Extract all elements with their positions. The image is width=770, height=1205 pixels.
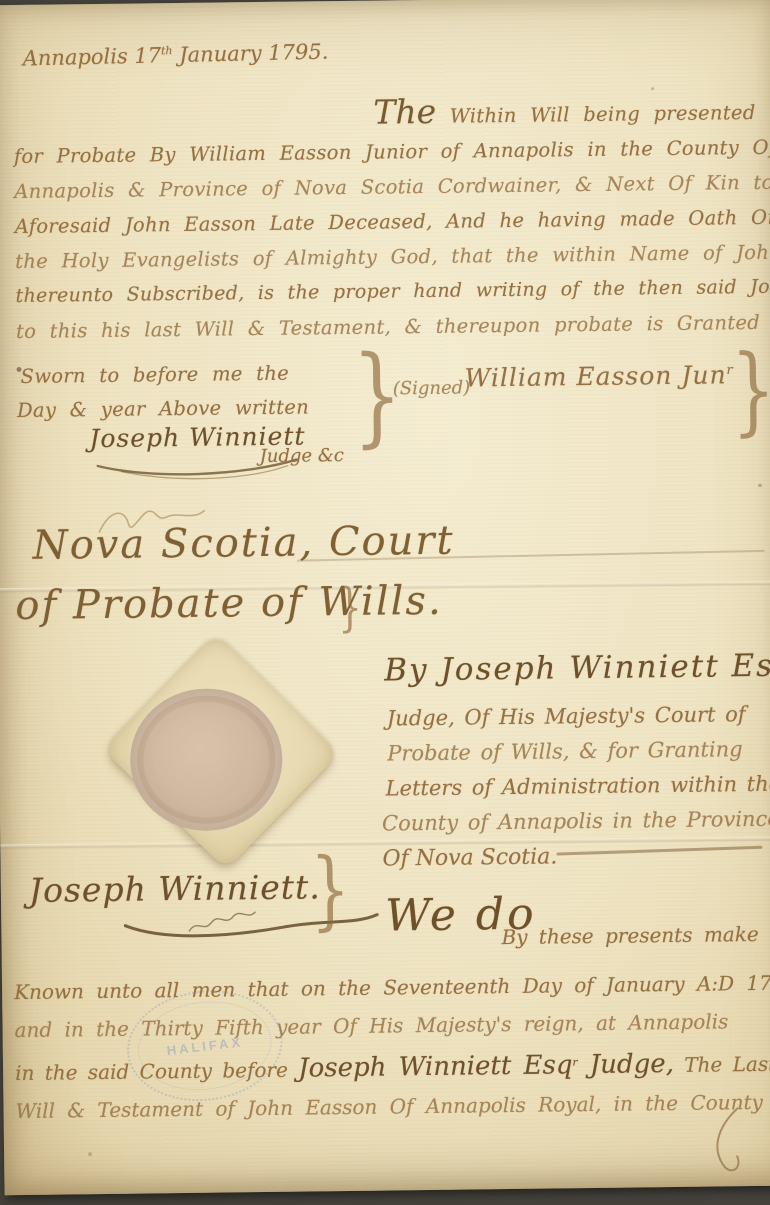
judge-signature-block: Joseph Winniett. } <box>0 0 770 5</box>
judge-signature: Joseph Winniett. <box>29 867 321 910</box>
commission-line: County of Annapolis in the Province <box>382 807 770 836</box>
judge-role: Judge &c <box>259 445 344 467</box>
commission-line: Judge, Of His Majesty's Court of <box>387 702 746 730</box>
probate-opening: The Within Will being presented <box>373 88 756 132</box>
court-heading: Nova Scotia, Court of Probate of Wills. … <box>0 0 770 5</box>
signed-label: (Signed) <box>393 377 471 399</box>
paper-speck <box>758 484 762 487</box>
attestation-line: Sworn to before me the <box>20 362 289 388</box>
attestation-line: Day & year Above written <box>17 395 309 422</box>
judge-signature-brace: } <box>310 851 350 931</box>
document-scan: HALIFAX Annapolis 17th January 1795. The… <box>0 0 770 1205</box>
scotia-tail-stroke <box>556 846 762 855</box>
paper: HALIFAX Annapolis 17th January 1795. The… <box>0 0 770 1195</box>
signature-brace: } <box>731 346 770 435</box>
court-heading-line: Nova Scotia, Court <box>32 518 454 569</box>
probate-line: the Holy Evangelists of Almighty God, th… <box>15 240 770 273</box>
paper-speck <box>88 1152 92 1156</box>
proclamation-line: Will & Testament of John Easson Of Annap… <box>15 1090 763 1123</box>
probate-line: for Probate By William Easson Junior of … <box>14 136 770 168</box>
proclamation-block: We do By these presents make Known unto … <box>0 0 770 5</box>
attestation-block: Sworn to before me the Day & year Above … <box>0 0 770 5</box>
signed-block: (Signed) William Easson Junr } <box>0 0 770 5</box>
proclamation-opening-rest: By these presents make <box>501 922 759 949</box>
commission-line: Letters of Administration within the <box>386 772 770 801</box>
probate-line: thereunto Subscribed, is the proper hand… <box>15 274 770 307</box>
commission-line: Probate of Wills, & for Granting <box>387 737 743 765</box>
proclamation-line: and in the Thirty Fifth year Of His Maje… <box>14 1009 728 1042</box>
testator-signature: William Easson Junr <box>464 360 732 392</box>
probate-line: Aforesaid John Easson Late Deceased, And… <box>15 206 770 238</box>
probate-paragraph: The Within Will being presented for Prob… <box>0 0 770 5</box>
probate-line: Annapolis & Province of Nova Scotia Cord… <box>14 170 770 203</box>
commission-line: Of Nova Scotia. <box>382 844 557 871</box>
dateline: Annapolis 17th January 1795. <box>22 40 328 71</box>
commission-block: By Joseph Winniett Esqr Judge, Of His Ma… <box>0 0 770 5</box>
proclamation-line: Known unto all men that on the Seventeen… <box>14 970 770 1004</box>
court-heading-line: of Probate of Wills. <box>15 578 443 629</box>
commission-by-line: By Joseph Winniett Esqr <box>384 647 770 688</box>
end-flourish <box>696 1104 749 1177</box>
court-brace: } <box>338 585 362 633</box>
